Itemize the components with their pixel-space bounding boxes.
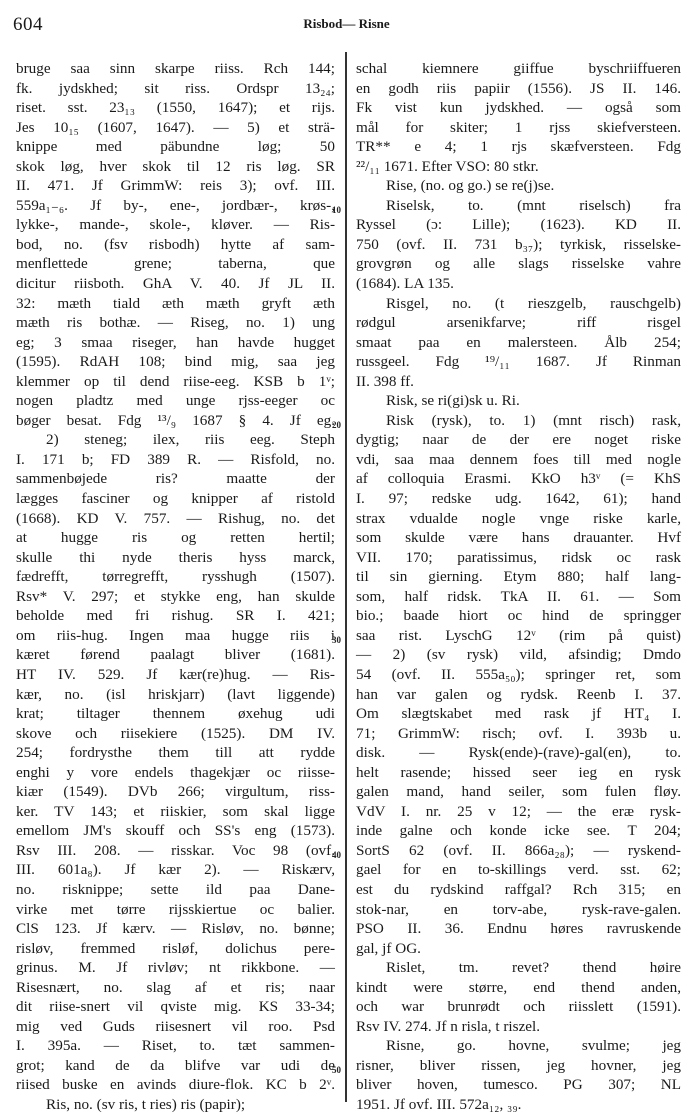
text-line: galen mand, hand seiler, som fulen fløy. — [356, 782, 681, 802]
text-line: kæret førend paalagt bliver (1681). — [16, 645, 335, 665]
text-line: vdi, saa maa dennem foes till med nogle — [356, 450, 681, 470]
text-line: en godh riis papiir (1556). JS II. 146. — [356, 79, 681, 99]
text-line: til sin gierning. Etym 880; half lang- — [356, 567, 681, 587]
column-divider — [345, 52, 347, 1102]
text-line: dicitur riisboth. GhA V. 40. Jf JL II. — [16, 274, 335, 294]
text-line: fk. jydskhed; sit riss. Ordspr 13₂₄; — [16, 79, 335, 99]
text-line: grot; kand de da blifve var udi de — [16, 1056, 335, 1076]
text-line: mig ved Guds riisesnert vil roo. Psd — [16, 1017, 335, 1037]
text-line: I. 97; redske udg. 1642, 61); hand — [356, 489, 681, 509]
text-line: bøger besat. Fdg ¹³/₉ 1687 § 4. Jf eg. — [16, 411, 335, 431]
left-column: bruge saa sinn skarpe riiss. Rch 144;fk.… — [16, 59, 335, 1115]
text-line: (1595). RdAH 108; bind mig, saa jeg — [16, 352, 335, 372]
text-line: gal, jf OG. — [356, 939, 681, 959]
text-line: riised buske en avinds diure-flok. KC b … — [16, 1075, 335, 1095]
text-line: lægges fasciner og knipper af ristold — [16, 489, 335, 509]
text-line: stok-nar, en torv-abe, rysk-rave-galen. — [356, 900, 681, 920]
text-line: at hugge ris og retten hertil; — [16, 528, 335, 548]
text-line: TR** e 4; 1 rjs skæfversteen. Fdg — [356, 137, 681, 157]
text-line: (1668). KD V. 757. — Rishug, no. det — [16, 509, 335, 529]
text-line: Ryssel (ɔ: Lille); (1623). KD II. — [356, 215, 681, 235]
text-line: mæth ris bothæ. — Riseg, no. 1) ung — [16, 313, 335, 333]
text-line: 559a₁₋₆. Jf by-, ene-, jordbær-, krøs-, — [16, 196, 335, 216]
text-line: 1951. Jf ovf. III. 572a₁₂, ₃₉. — [356, 1095, 681, 1115]
text-line: disk. — Rysk(ende)-(rave)-gal(en), to. — [356, 743, 681, 763]
text-line: Jes 10₁₅ (1607, 1647). — 5) et strä- — [16, 118, 335, 138]
text-line: som, half ridsk. TkA II. 61. — Som — [356, 587, 681, 607]
text-line: no. risknippe; sette ild paa Dane- — [16, 880, 335, 900]
text-line: dygtig; naar de der ere noget riske — [356, 430, 681, 450]
text-line: 32: mæth tiald æth mæth gryft æth — [16, 294, 335, 314]
running-head: Risbod— Risne — [0, 16, 693, 32]
text-line: russgeel. Fdg ¹⁹/₁₁ 1687. Jf Rinman — [356, 352, 681, 372]
text-line: menflettede grene; taberna, que — [16, 254, 335, 274]
text-line: VII. 170; paratissimus, ridsk oc rask — [356, 548, 681, 568]
text-line: Rsv IV. 274. Jf n risla, t riszel. — [356, 1017, 681, 1037]
text-line: Rislet, tm. revet? thend høire — [356, 958, 681, 978]
text-line: II. 398 ff. — [356, 372, 681, 392]
text-line: dit riise-snert vil qviste mig. KS 33-34… — [16, 997, 335, 1017]
text-line: Risgel, no. (t rieszgelb, rauschgelb) — [356, 294, 681, 314]
text-line: I. 171 b; FD 389 R. — Risfold, no. — [16, 450, 335, 470]
text-line: nogen pladtz med unge rjss-eeger oc — [16, 391, 335, 411]
text-line: ²²/₁₁ 1671. Efter VSO: 80 stkr. — [356, 157, 681, 177]
text-line: Riselsk, to. (mnt riselsch) fra — [356, 196, 681, 216]
text-line: 54 (ovf. II. 555a₅₀); springer ret, som — [356, 665, 681, 685]
text-line: Risne, go. hovne, svulme; jeg — [356, 1036, 681, 1056]
text-line: kiær (1549). DVb 266; virgultum, riss- — [16, 782, 335, 802]
text-line: krat; tiltager thennem øxehug udi — [16, 704, 335, 724]
text-line: bio.; baade hiort oc hind de springger — [356, 606, 681, 626]
text-line: som skulde være hans drauanter. Hvf — [356, 528, 681, 548]
text-line: Risesnært, no. slag af et ris; naar — [16, 978, 335, 998]
text-line: Risk (rysk), to. 1) (mnt risch) rask, — [356, 411, 681, 431]
text-line: kindt were større, end thend anden, — [356, 978, 681, 998]
text-line: beholde med fri rishug. SR I. 421; — [16, 606, 335, 626]
text-line: inde galne och konde icke see. T 204; — [356, 821, 681, 841]
text-line: Risk, se ri(gi)sk u. Ri. — [356, 391, 681, 411]
text-line: (1684). LA 135. — [356, 274, 681, 294]
text-line: bliver hoven, tumesco. PG 307; NL — [356, 1075, 681, 1095]
text-line: knippe med päbundne løg; 50 — [16, 137, 335, 157]
text-line: sammenbøjede ris? maatte der — [16, 469, 335, 489]
text-line: om riis-hug. Ingen maa hugge riis i — [16, 626, 335, 646]
text-line: fædrefft, tørregrefft, rysshugh (1507). — [16, 567, 335, 587]
text-line: ClS 123. Jf kærv. — Risløv, no. bønne; — [16, 919, 335, 939]
text-line: skok løg, hver skok til 12 ris løg. SR — [16, 157, 335, 177]
text-line: risløv, fremmed risløf, dolichus pere- — [16, 939, 335, 959]
text-line: skove och riisekiere (1525). DM IV. — [16, 724, 335, 744]
text-line: 2) steneg; ilex, riis eeg. Steph — [16, 430, 335, 450]
text-line: riset. sst. 23₁₃ (1550, 1647); et rijs. — [16, 98, 335, 118]
text-line: enghi y vore endels thagekjær oc riisse- — [16, 763, 335, 783]
text-line: virke met tørre rijsskiertue oc balier. — [16, 900, 335, 920]
text-line: bruge saa sinn skarpe riiss. Rch 144; — [16, 59, 335, 79]
text-line: Om slægtskabet med rask jf HT₄ I. — [356, 704, 681, 724]
text-line: kær, no. (isl hriskjarr) (lavt liggende) — [16, 685, 335, 705]
text-line: — 2) (sv rysk) vild, afsindig; Dmdo — [356, 645, 681, 665]
text-line: saa rist. LyschG 12ᵛ (rim på quist) — [356, 626, 681, 646]
text-line: PSO II. 36. Endnu høres ravruskende — [356, 919, 681, 939]
text-line: skulle thi nyde theris hyss marck, — [16, 548, 335, 568]
text-line: 750 (ovf. II. 731 b₃₇); tyrkisk, rissels… — [356, 235, 681, 255]
text-line: och war brunrødt och riisslett (1591). — [356, 997, 681, 1017]
text-line: grinus. M. Jf rivløv; nt rikkbone. — — [16, 958, 335, 978]
text-line: mål for skiter; 1 rjss skiefversteen. — [356, 118, 681, 138]
text-line: III. 601a₈). Jf kær 2). — Riskærv, — [16, 860, 335, 880]
text-line: Rsv III. 208. — risskar. Voc 98 (ovf. — [16, 841, 335, 861]
text-line: Ris, no. (sv ris, t ries) ris (papir); — [16, 1095, 335, 1115]
text-line: eg; 3 smaa riseger, han havde hugget — [16, 333, 335, 353]
text-line: I. 395a. — Riset, to. tæt sammen- — [16, 1036, 335, 1056]
text-line: grovgrøn og alle slags risselske vahre — [356, 254, 681, 274]
text-line: HT IV. 529. Jf kær(re)hug. — Ris- — [16, 665, 335, 685]
text-line: strax vdualde nogle vnge riske karle, — [356, 509, 681, 529]
text-line: schal kiemnere giiffue byschriiffueren — [356, 59, 681, 79]
text-line: VdV I. nr. 25 v 12; — the eræ rysk- — [356, 802, 681, 822]
text-line: gael for en to-skillings verd. sst. 62; — [356, 860, 681, 880]
text-line: af colloquia Erasmi. KkO h3ᵛ (= KhS — [356, 469, 681, 489]
text-line: han var galen og rydsk. Reenb I. 37. — [356, 685, 681, 705]
text-line: est du rydskind raffgal? Rch 315; en — [356, 880, 681, 900]
text-line: risner, bliver rissen, jeg hovner, jeg — [356, 1056, 681, 1076]
text-line: klemmer op til dend riise-eeg. KSB b 1ᵛ; — [16, 372, 335, 392]
right-column: schal kiemnere giiffue byschriiffuerenen… — [356, 59, 681, 1115]
text-line: Rise, (no. og go.) se re(j)se. — [356, 176, 681, 196]
text-line: ker. TV 143; et riiskier, som skal ligge — [16, 802, 335, 822]
text-line: helt rasende; hissed seer ieg en rysk — [356, 763, 681, 783]
text-line: rødgul arsenikfarve; riff risgel — [356, 313, 681, 333]
text-line: 71; GrimmW: risch; ovf. I. 393b u. — [356, 724, 681, 744]
text-line: Rsv* V. 297; et stykke eng, han skulde — [16, 587, 335, 607]
text-line: emellom JM's skouff och SS's eng (1573). — [16, 821, 335, 841]
text-line: lykke-, mande-, skole-, kløver. — Ris- — [16, 215, 335, 235]
text-line: Fk vist kun jydskhed. — også som — [356, 98, 681, 118]
text-line: smaat paa en malersteen. Ålb 254; — [356, 333, 681, 353]
text-line: bod, no. (fsv risbodh) hytte af sam- — [16, 235, 335, 255]
text-line: II. 471. Jf GrimmW: reis 3); ovf. III. — [16, 176, 335, 196]
text-line: SortS 62 (ovf. II. 866a₂₈); — ryskend- — [356, 841, 681, 861]
text-line: 254; fordrysthe them till att rydde — [16, 743, 335, 763]
